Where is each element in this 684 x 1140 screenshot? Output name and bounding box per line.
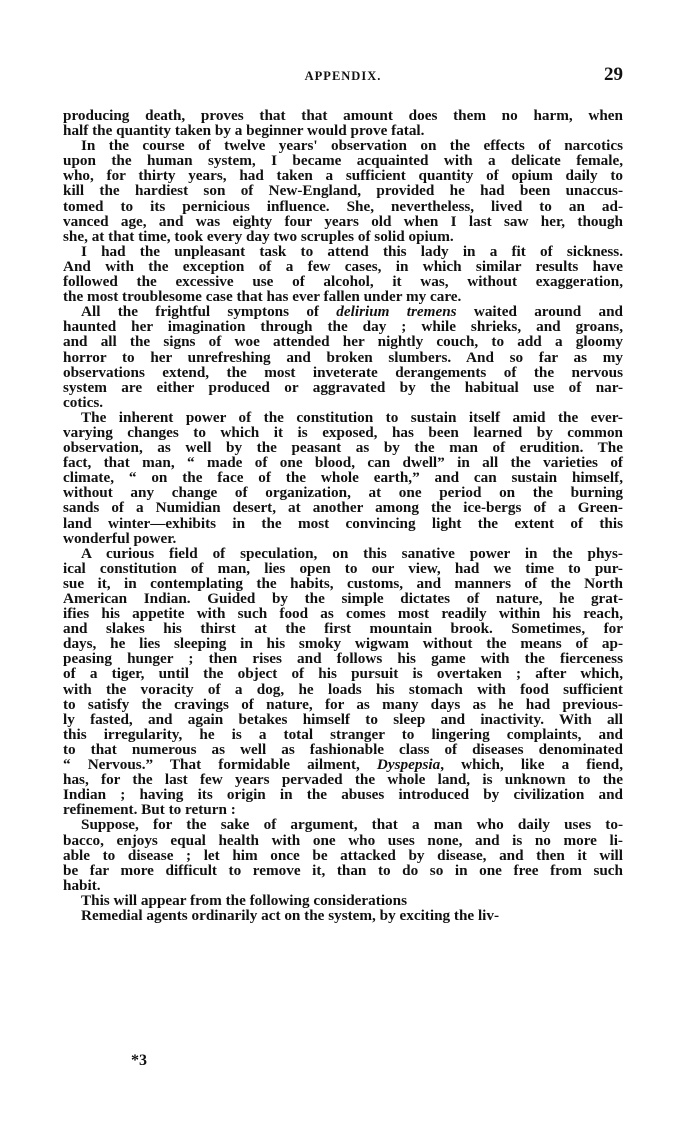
text-line: Suppose, for the sake of argument, that … (63, 817, 623, 832)
text-line: this irregularity, he is a total strange… (63, 727, 623, 742)
text-line: fact, that man, “ made of one blood, can… (63, 455, 623, 470)
text-line: Indian ; having its origin in the abuses… (63, 787, 623, 802)
text-line: kill the hardiest son of New-England, pr… (63, 183, 623, 198)
text-line: and all the signs of woe attended her ni… (63, 334, 623, 349)
text-line: ical constitution of man, lies open to o… (63, 561, 623, 576)
text-line: of a tiger, until the object of his purs… (63, 666, 623, 681)
text-line: peasing hunger ; then rises and follows … (63, 651, 623, 666)
text-line: American Indian. Guided by the simple di… (63, 591, 623, 606)
text-line: climate, “ on the face of the whole eart… (63, 470, 623, 485)
text-line: to satisfy the cravings of nature, for a… (63, 697, 623, 712)
text-line: be far more difficult to remove it, than… (63, 863, 623, 878)
text-line: upon the human system, I became acquaint… (63, 153, 623, 168)
text-line: In the course of twelve years' observati… (63, 138, 623, 153)
text-line: system are either produced or aggravated… (63, 380, 623, 395)
text-line: habit. (63, 878, 623, 893)
text-line: followed the excessive use of alcohol, i… (63, 274, 623, 289)
text-line: with the voracity of a dog, he loads his… (63, 682, 623, 697)
text-line: who, for thirty years, had taken a suffi… (63, 168, 623, 183)
text-line: varying changes to which it is exposed, … (63, 425, 623, 440)
text-line: refinement. But to return : (63, 802, 623, 817)
text-line: without any change of organization, at o… (63, 485, 623, 500)
running-head: APPENDIX. 29 (63, 66, 623, 90)
text-line: producing death, proves that that amount… (63, 108, 623, 123)
text-line: A curious field of speculation, on this … (63, 546, 623, 561)
text-line: half the quantity taken by a beginner wo… (63, 123, 623, 138)
text-line: observations extend, the most inveterate… (63, 365, 623, 380)
text-line: days, he lies sleeping in his smoky wigw… (63, 636, 623, 651)
text-line: sands of a Numidian desert, at another a… (63, 500, 623, 515)
text-line: All the frightful symptons of delirium t… (63, 304, 623, 319)
text-line: Remedial agents ordinarily act on the sy… (63, 908, 623, 923)
text-line: cotics. (63, 395, 623, 410)
text-line: horror to her unrefreshing and broken sl… (63, 350, 623, 365)
text-line: land winter—exhibits in the most convinc… (63, 516, 623, 531)
running-title: APPENDIX. (63, 69, 623, 84)
signature-mark: *3 (131, 1052, 147, 1070)
text-line: to that numerous as well as fashionable … (63, 742, 623, 757)
text-line: vanced age, and was eighty four years ol… (63, 214, 623, 229)
text-line: bacco, enjoys equal health with one who … (63, 833, 623, 848)
text-line: “ Nervous.” That formidable ailment, Dys… (63, 757, 623, 772)
text-line: sue it, in contemplating the habits, cus… (63, 576, 623, 591)
text-line: tomed to its pernicious influence. She, … (63, 199, 623, 214)
text-line: And with the exception of a few cases, i… (63, 259, 623, 274)
text-line: observation, as well by the peasant as b… (63, 440, 623, 455)
text-line: haunted her imagination through the day … (63, 319, 623, 334)
text-line: I had the unpleasant task to attend this… (63, 244, 623, 259)
text-line: ly fasted, and again betakes himself to … (63, 712, 623, 727)
body-text: producing death, proves that that amount… (63, 108, 623, 923)
text-line: ifies his appetite with such food as com… (63, 606, 623, 621)
text-line: has, for the last few years pervaded the… (63, 772, 623, 787)
text-line: able to disease ; let him once be attack… (63, 848, 623, 863)
text-line: This will appear from the following cons… (63, 893, 623, 908)
text-line: the most troublesome case that has ever … (63, 289, 623, 304)
text-line: and slakes his thirst at the first mount… (63, 621, 623, 636)
page-number: 29 (604, 64, 623, 86)
text-line: she, at that time, took every day two sc… (63, 229, 623, 244)
text-line: The inherent power of the constitution t… (63, 410, 623, 425)
text-line: wonderful power. (63, 531, 623, 546)
